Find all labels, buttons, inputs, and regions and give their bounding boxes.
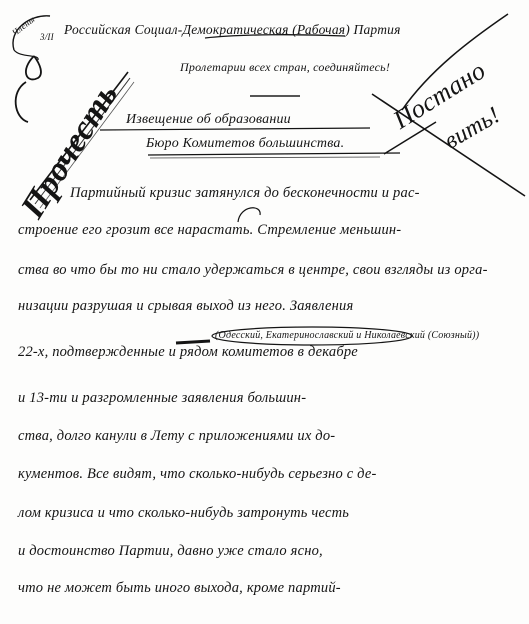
manuscript-line: и достоинство Партии, давно уже стало яс… (18, 543, 323, 560)
manuscript-line: низации разрушая и срывая выход из него.… (18, 298, 353, 315)
manuscript-line: 22-х, подтвержденные и рядом комитетов в… (18, 344, 358, 361)
manuscript-line: строение его грозит все нарастать. Стрем… (18, 222, 401, 239)
manuscript-line: лом кризиса и что сколько-нибудь затрону… (18, 505, 349, 522)
inserted-annotation: (Одесский, Екатеринославский и Николаевс… (215, 330, 479, 341)
manuscript-line: ства, долго канули в Лету с приложениями… (18, 428, 335, 445)
manuscript-line: ства во что бы то ни стало удержаться в … (18, 262, 488, 279)
party-name-header: Российская Социал-Демократическая (Рабоч… (64, 22, 401, 38)
document-title-line1: Извещение об образовании (126, 112, 291, 128)
manuscript-line: что не может быть иного выхода, кроме па… (18, 580, 341, 597)
corner-resolution-line2: вить! (440, 102, 505, 155)
manuscript-line: Партийный кризис затянулся до бесконечно… (70, 185, 420, 202)
manuscript-line: кументов. Все видят, что сколько-нибудь … (18, 466, 377, 483)
document-title-line2: Бюро Комитетов большинства. (146, 136, 344, 152)
diagonal-resolution: Прочесть (14, 77, 126, 225)
manuscript-page: Члены 3/II Российская Социал-Демократиче… (0, 0, 529, 624)
manuscript-line: и 13-ти и разгромленные заявления больши… (18, 390, 306, 407)
top-left-annotation: Члены (10, 14, 37, 38)
top-left-date: 3/II (40, 32, 54, 42)
party-slogan: Пролетарии всех стран, соединяйтесь! (180, 60, 390, 75)
